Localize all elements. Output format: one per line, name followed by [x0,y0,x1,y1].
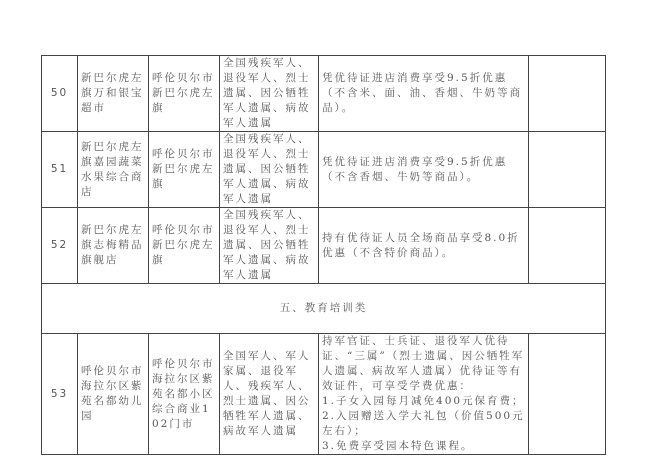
row-number: 51 [42,132,78,208]
benefit-item: 1.子女入园每月减免400元保育费； [322,394,525,409]
eligible-targets: 全国军人、军人家属、退役军人、残疾军人、烈士遗属、因公牺牲军人遗属、病故军人遗属 [220,334,319,455]
benefits-table: 50 新巴尔虎左旗万和银宝超市 呼伦贝尔市新巴尔虎左旗 全国残疾军人、退役军人、… [41,55,606,455]
benefit-intro: 持军官证、士兵证、退役军人优待证、“三属”（烈士遗属、因公牺牲军人遗属、病故军人… [322,334,525,394]
merchant-name: 呼伦贝尔市海拉尔区紫苑名都幼儿园 [78,334,149,455]
merchant-name: 新巴尔虎左旗志梅精品旗舰店 [78,208,149,284]
merchant-address: 呼伦贝尔市新巴尔虎左旗 [149,56,220,132]
eligible-targets: 全国残疾军人、退役军人、烈士遗属、因公牺牲军人遗属、病故军人遗属 [220,208,319,284]
benefit-item: 3.免费享受园本特色课程。 [322,439,525,454]
eligible-targets: 全国残疾军人、退役军人、烈士遗属、因公牺牲军人遗属、病故军人遗属 [220,132,319,208]
merchant-address: 呼伦贝尔市海拉尔区紫苑名都小区综合商业102门市 [149,334,220,455]
note-cell [529,56,606,132]
table-row: 53 呼伦贝尔市海拉尔区紫苑名都幼儿园 呼伦贝尔市海拉尔区紫苑名都小区综合商业1… [42,334,606,455]
table-row: 52 新巴尔虎左旗志梅精品旗舰店 呼伦贝尔市新巴尔虎左旗 全国残疾军人、退役军人… [42,208,606,284]
benefit-description: 凭优待证进店消费享受9.5折优惠（不含米、面、油、香烟、牛奶等商品）。 [319,56,529,132]
table-row: 51 新巴尔虎左旗嘉园蔬菜水果综合商店 呼伦贝尔市新巴尔虎左旗 全国残疾军人、退… [42,132,606,208]
benefit-description: 凭优待证进店消费享受9.5折优惠（不含香烟、牛奶等商品）。 [319,132,529,208]
merchant-name: 新巴尔虎左旗万和银宝超市 [78,56,149,132]
row-number: 52 [42,208,78,284]
row-number: 50 [42,56,78,132]
benefit-description: 持有优待证人员全场商品享受8.0折优惠（不含特价商品）。 [319,208,529,284]
section-title: 五、教育培训类 [42,284,606,334]
merchant-address: 呼伦贝尔市新巴尔虎左旗 [149,208,220,284]
row-number: 53 [42,334,78,455]
note-cell [529,132,606,208]
note-cell [529,334,606,455]
table-row: 50 新巴尔虎左旗万和银宝超市 呼伦贝尔市新巴尔虎左旗 全国残疾军人、退役军人、… [42,56,606,132]
benefit-item: 2.入园赠送入学大礼包（价值500元左右）； [322,409,525,439]
eligible-targets: 全国残疾军人、退役军人、烈士遗属、因公牺牲军人遗属、病故军人遗属 [220,56,319,132]
benefit-description: 持军官证、士兵证、退役军人优待证、“三属”（烈士遗属、因公牺牲军人遗属、病故军人… [319,334,529,455]
note-cell [529,208,606,284]
merchant-address: 呼伦贝尔市新巴尔虎左旗 [149,132,220,208]
merchant-name: 新巴尔虎左旗嘉园蔬菜水果综合商店 [78,132,149,208]
section-header-row: 五、教育培训类 [42,284,606,334]
